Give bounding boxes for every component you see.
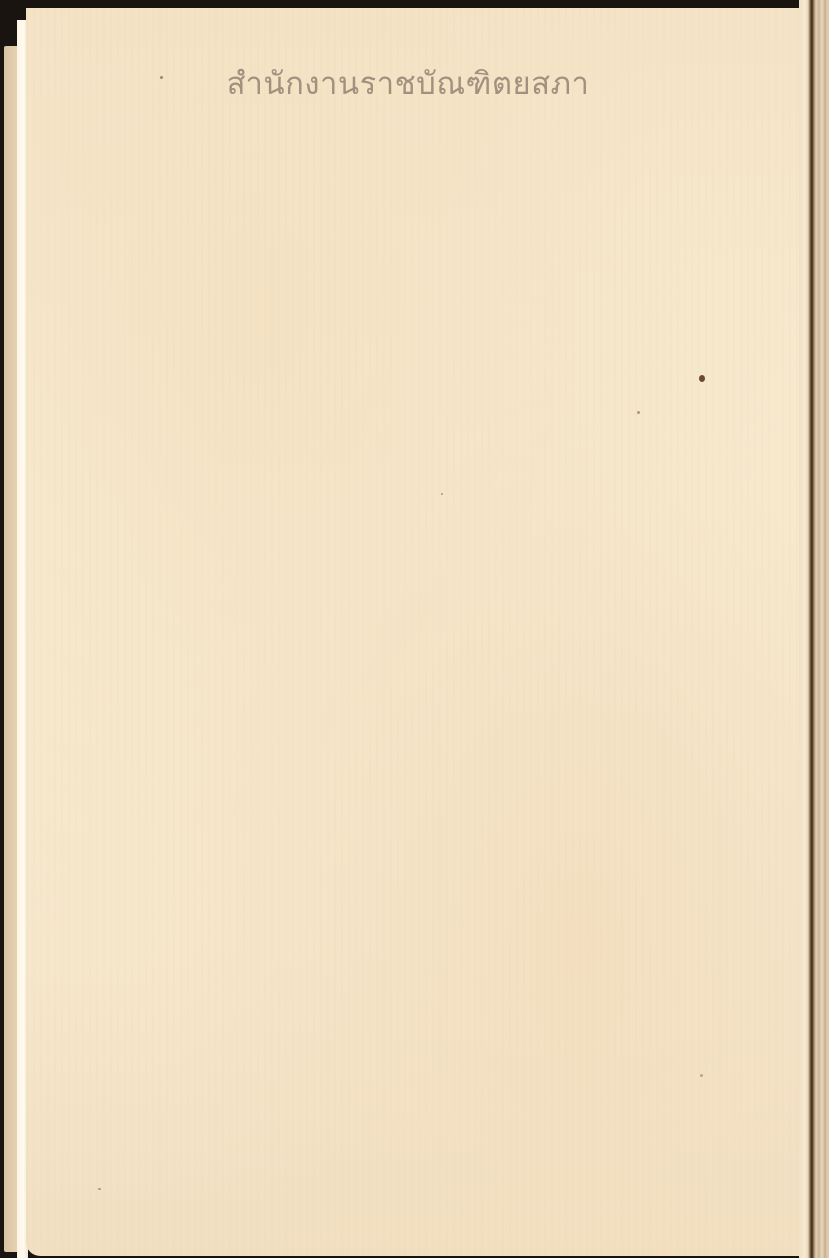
paper-speck	[700, 1074, 703, 1077]
page-stack-edge-right	[799, 0, 829, 1258]
paper-speck	[699, 375, 705, 382]
paper-speck	[98, 1188, 101, 1190]
scanned-page-view: สำนักงานราชบัณฑิตยสภา	[0, 0, 829, 1258]
paper-speck	[160, 76, 163, 79]
blank-page	[26, 8, 816, 1256]
paper-speck	[441, 493, 443, 495]
paper-speck	[637, 411, 640, 414]
institution-header: สำนักงานราชบัณฑิตยสภา	[0, 58, 816, 108]
